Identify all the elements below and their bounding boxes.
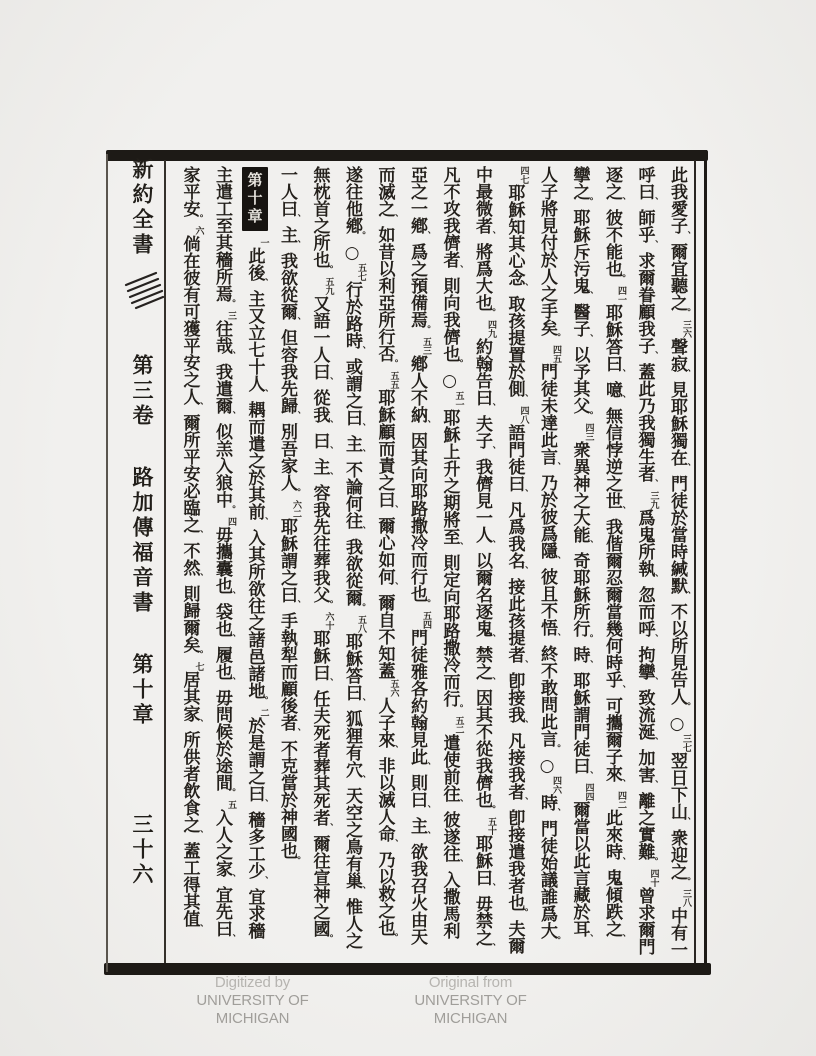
punctuation-mark: 、 bbox=[648, 737, 657, 746]
text-column: 人子將見付於人之手矣。四五門徒未達此言、乃於彼爲隱、彼且不悟、終不敢問此言。○四… bbox=[531, 166, 564, 961]
text-column: 而滅之、如昔以利亞所行否。五五耶穌顧而責之曰、爾心如何、爾自不知蓋五六人子來、非… bbox=[368, 166, 401, 961]
page-frame-top-border bbox=[106, 150, 708, 161]
verse-number: 三七 bbox=[681, 734, 691, 752]
punctuation-mark: 。 bbox=[420, 599, 429, 608]
verse-number: 五七 bbox=[356, 263, 366, 281]
punctuation-mark: 、 bbox=[225, 677, 234, 686]
punctuation-mark: 。 bbox=[583, 634, 592, 643]
punctuation-mark: 。 bbox=[258, 696, 267, 705]
verse-number: 三八 bbox=[681, 889, 691, 907]
punctuation-mark: 、 bbox=[615, 934, 624, 943]
punctuation-mark: 、 bbox=[648, 479, 657, 488]
verse-number: 四 bbox=[226, 517, 236, 526]
punctuation-mark: 、 bbox=[323, 420, 332, 429]
punctuation-mark: 、 bbox=[518, 566, 527, 575]
verse-number: 四二 bbox=[616, 791, 626, 809]
punctuation-mark: 、 bbox=[615, 369, 624, 378]
punctuation-mark: 、 bbox=[290, 214, 299, 223]
text-column: 中最微者、將爲大也。四九約翰告曰、夫子、我儕見一人、以爾名逐鬼、禁之、因其不從我… bbox=[466, 166, 499, 961]
punctuation-mark: 。 bbox=[388, 933, 397, 942]
verse-number: 一 bbox=[259, 238, 269, 247]
punctuation-mark: 。 bbox=[193, 214, 202, 223]
punctuation-mark: 。 bbox=[453, 704, 462, 713]
punctuation-mark: 、 bbox=[453, 265, 462, 274]
page-frame-left-border bbox=[106, 154, 108, 972]
punctuation-mark: 、 bbox=[193, 573, 202, 582]
punctuation-mark: 。 bbox=[225, 505, 234, 514]
punctuation-mark: 。 bbox=[680, 877, 689, 886]
verse-number: 六 bbox=[194, 226, 204, 235]
punctuation-mark: 、 bbox=[420, 831, 429, 840]
punctuation-mark: 、 bbox=[615, 395, 624, 404]
page-frame-right-inner-border bbox=[694, 160, 696, 963]
punctuation-mark: 、 bbox=[648, 634, 657, 643]
verse-number: 五一 bbox=[454, 391, 464, 409]
punctuation-mark: 。 bbox=[518, 908, 527, 917]
punctuation-mark: 。 bbox=[290, 488, 299, 497]
punctuation-mark: 、 bbox=[355, 698, 364, 707]
punctuation-mark: 。 bbox=[680, 702, 689, 711]
punctuation-mark: 、 bbox=[550, 556, 559, 565]
punctuation-mark: 、 bbox=[648, 677, 657, 686]
original-from-stamp: Original from UNIVERSITY OF MICHIGAN bbox=[388, 974, 553, 1028]
punctuation-mark: 、 bbox=[680, 369, 689, 378]
verse-number: 五三 bbox=[421, 337, 431, 355]
punctuation-mark: 。 bbox=[420, 325, 429, 334]
punctuation-mark: 、 bbox=[290, 317, 299, 326]
page-frame-right-outer-border bbox=[704, 150, 707, 975]
verse-number: 三九 bbox=[649, 491, 659, 509]
gospel-title: 路加傳福音書 bbox=[124, 466, 160, 616]
punctuation-mark: 、 bbox=[453, 859, 462, 868]
punctuation-mark: 、 bbox=[485, 231, 494, 240]
punctuation-mark: 、 bbox=[355, 346, 364, 355]
punctuation-mark: 、 bbox=[193, 924, 202, 933]
punctuation-mark: 、 bbox=[225, 351, 234, 360]
verse-number: 六二 bbox=[291, 500, 301, 518]
punctuation-mark: 、 bbox=[680, 463, 689, 472]
punctuation-mark: 。 bbox=[193, 650, 202, 659]
volume-label: 第三卷 bbox=[124, 354, 160, 429]
verse-number: 五九 bbox=[324, 277, 334, 295]
punctuation-mark: 、 bbox=[518, 720, 527, 729]
verse-number: 五四 bbox=[421, 611, 431, 629]
verse-number: 三 bbox=[226, 311, 236, 320]
scripture-columns: 此我愛子、爾宜聽之。三六聲寂、見耶穌獨在、門徒於當時緘默、不以所見告人。○三七翌… bbox=[173, 166, 693, 961]
punctuation-mark: 、 bbox=[355, 886, 364, 895]
punctuation-mark: 、 bbox=[258, 799, 267, 808]
punctuation-mark: 、 bbox=[193, 830, 202, 839]
scanned-book-page: 新約全書 第三卷 路加傳福音書 第十章 三十六 此我愛子、爾宜聽之。三六聲寂、見… bbox=[0, 0, 816, 1056]
chapter-label: 第十章 bbox=[124, 653, 160, 728]
digitized-by-label: Digitized by bbox=[170, 974, 335, 992]
punctuation-mark: 、 bbox=[583, 771, 592, 780]
verse-number: 二 bbox=[259, 708, 269, 717]
text-column: 四七耶穌知其心念、取孩提置於側、四八語門徒曰、凡爲我名、接此孩提者、卽接我、凡接… bbox=[498, 166, 531, 961]
verse-number: 四七 bbox=[519, 166, 529, 184]
verse-number: 四八 bbox=[519, 406, 529, 424]
verse-number: 五二 bbox=[454, 716, 464, 734]
verse-number: 五六 bbox=[389, 679, 399, 697]
text-column: 無枕首之所也。五九又語一人曰、從我、曰、主、容我先往葬我父。六十耶穌曰、任夫死者… bbox=[303, 166, 336, 961]
punctuation-mark: 、 bbox=[550, 633, 559, 642]
punctuation-mark: 。 bbox=[225, 299, 234, 308]
punctuation-mark: 、 bbox=[193, 530, 202, 539]
punctuation-mark: 、 bbox=[550, 462, 559, 471]
punctuation-mark: 。 bbox=[583, 197, 592, 206]
page-number: 三十六 bbox=[124, 813, 160, 888]
punctuation-mark: 。 bbox=[680, 308, 689, 317]
punctuation-mark: 、 bbox=[258, 389, 267, 398]
punctuation-mark: 、 bbox=[323, 678, 332, 687]
punctuation-mark: 、 bbox=[355, 775, 364, 784]
punctuation-mark: 、 bbox=[518, 489, 527, 498]
punctuation-mark: 、 bbox=[290, 728, 299, 737]
verse-number: 四三 bbox=[584, 423, 594, 441]
punctuation-mark: 。 bbox=[355, 231, 364, 240]
punctuation-mark: 、 bbox=[355, 526, 364, 535]
punctuation-mark: 、 bbox=[648, 351, 657, 360]
punctuation-mark: 、 bbox=[290, 600, 299, 609]
text-column: 凡不攻我儕者、則向我儕也。○五一耶穌上升之期將至、則定向耶路撒冷而行。五二遣使前… bbox=[433, 166, 466, 961]
punctuation-mark: 、 bbox=[290, 240, 299, 249]
digitized-by-stamp: Digitized by UNIVERSITY OF MICHIGAN bbox=[170, 974, 335, 1028]
punctuation-mark: 、 bbox=[485, 540, 494, 549]
punctuation-mark: 、 bbox=[615, 197, 624, 206]
punctuation-mark: 、 bbox=[583, 334, 592, 343]
margin-column-divider bbox=[164, 160, 166, 963]
punctuation-mark: 、 bbox=[615, 506, 624, 515]
punctuation-mark: 、 bbox=[420, 805, 429, 814]
punctuation-mark: 、 bbox=[648, 240, 657, 249]
punctuation-mark: 、 bbox=[225, 411, 234, 420]
text-column: 遂往他鄕。○五七行於路時、或謂之曰、主、不論何往、我欲從爾。五八耶穌答曰、狐狸有… bbox=[336, 166, 369, 961]
punctuation-mark: 、 bbox=[485, 634, 494, 643]
punctuation-mark: 、 bbox=[583, 291, 592, 300]
punctuation-mark: 、 bbox=[193, 719, 202, 728]
punctuation-mark: 、 bbox=[615, 857, 624, 866]
punctuation-mark: 、 bbox=[518, 394, 527, 403]
punctuation-mark: 、 bbox=[583, 540, 592, 549]
punctuation-mark: 、 bbox=[388, 582, 397, 591]
punctuation-mark: 。 bbox=[323, 265, 332, 274]
punctuation-mark: 、 bbox=[355, 449, 364, 458]
text-column: 家平安。六倘在彼有可獲平安之人、爾所平安必臨之、不然、則歸爾矣。七居其家、所供者… bbox=[173, 166, 206, 961]
punctuation-mark: 。 bbox=[550, 936, 559, 945]
punctuation-mark: 、 bbox=[485, 403, 494, 412]
punctuation-mark: 、 bbox=[518, 660, 527, 669]
punctuation-mark: 、 bbox=[485, 677, 494, 686]
text-column: 第十章一此後、主又立七十人、耦而遣之於其前、入其所欲往之諸邑諸地。二於是謂之曰、… bbox=[238, 166, 271, 961]
verse-number: 七 bbox=[194, 662, 204, 671]
punctuation-mark: 、 bbox=[518, 283, 527, 292]
punctuation-mark: 、 bbox=[648, 780, 657, 789]
punctuation-mark: 。 bbox=[355, 603, 364, 612]
punctuation-mark: 、 bbox=[388, 839, 397, 848]
punctuation-mark: 、 bbox=[615, 685, 624, 694]
punctuation-mark: 、 bbox=[323, 377, 332, 386]
digitized-by-org: UNIVERSITY OF MICHIGAN bbox=[170, 992, 335, 1028]
punctuation-mark: 、 bbox=[258, 876, 267, 885]
punctuation-mark: 、 bbox=[420, 420, 429, 429]
text-column: 攣之。耶穌斥污鬼、醫子、以予其父。四三衆異神之大能、奇耶穌所行。時、耶穌謂門徒曰… bbox=[563, 166, 596, 961]
punctuation-mark: 。 bbox=[485, 805, 494, 814]
punctuation-mark: 、 bbox=[323, 823, 332, 832]
punctuation-mark: 、 bbox=[485, 446, 494, 455]
punctuation-mark: 。 bbox=[388, 359, 397, 368]
punctuation-mark: 、 bbox=[518, 797, 527, 806]
punctuation-mark: 。 bbox=[225, 788, 234, 797]
punctuation-mark: 、 bbox=[225, 591, 234, 600]
punctuation-mark: 、 bbox=[193, 402, 202, 411]
punctuation-mark: 、 bbox=[583, 660, 592, 669]
punctuation-mark: 、 bbox=[648, 197, 657, 206]
punctuation-mark: 、 bbox=[225, 874, 234, 883]
text-column: 呼曰、師乎、求爾眷顧我子、蓋此乃我獨生者、三九爲鬼所執、忽而呼、拘攣、致流涎、加… bbox=[628, 166, 661, 961]
verse-number: 四九 bbox=[486, 320, 496, 338]
verse-number: 四一 bbox=[616, 286, 626, 304]
punctuation-mark: 、 bbox=[225, 934, 234, 943]
punctuation-mark: 、 bbox=[323, 472, 332, 481]
punctuation-mark: 。 bbox=[453, 359, 462, 368]
text-column: 此我愛子、爾宜聽之。三六聲寂、見耶穌獨在、門徒於當時緘默、不以所見告人。○三七翌… bbox=[661, 166, 694, 961]
text-column: 一人曰、主、我欲從爾、但容我先歸、別吾家人。六二耶穌謂之曰、手執犁而顧後者、不克… bbox=[271, 166, 304, 961]
original-from-label: Original from bbox=[388, 974, 553, 992]
punctuation-mark: 。 bbox=[583, 411, 592, 420]
punctuation-mark: 。 bbox=[550, 744, 559, 753]
punctuation-mark: 、 bbox=[680, 817, 689, 826]
punctuation-mark: 、 bbox=[323, 446, 332, 455]
verse-number: 四十 bbox=[649, 869, 659, 887]
text-column: 亞之一鄕、爲之預備焉。五三鄕人不納、因其向耶路撒冷而行也。五四門徒雅各約翰見此、… bbox=[401, 166, 434, 961]
verse-number: 五十 bbox=[486, 817, 496, 835]
verse-number: 五八 bbox=[356, 615, 366, 633]
punctuation-mark: 、 bbox=[420, 231, 429, 240]
punctuation-mark: 。 bbox=[615, 274, 624, 283]
punctuation-mark: 。 bbox=[323, 600, 332, 609]
punctuation-mark: 、 bbox=[258, 517, 267, 526]
verse-number: 五 bbox=[226, 800, 236, 809]
punctuation-mark: 、 bbox=[485, 883, 494, 892]
verse-number: 六十 bbox=[324, 612, 334, 630]
text-column: 主遣工至其穡所焉。三往哉、我遣爾、似羔入狼中。四毋攜囊也、袋也、履也、毋問候於途… bbox=[206, 166, 239, 961]
punctuation-mark: 。 bbox=[323, 934, 332, 943]
verse-number: 四六 bbox=[551, 776, 561, 794]
section-flourish-icon bbox=[120, 270, 164, 312]
verse-number: 四四 bbox=[584, 783, 594, 801]
punctuation-mark: 、 bbox=[388, 745, 397, 754]
punctuation-mark: 。 bbox=[648, 857, 657, 866]
punctuation-mark: 。 bbox=[290, 856, 299, 865]
punctuation-mark: 、 bbox=[550, 808, 559, 817]
punctuation-mark: 、 bbox=[388, 214, 397, 223]
punctuation-mark: 、 bbox=[290, 411, 299, 420]
original-from-org: UNIVERSITY OF MICHIGAN bbox=[388, 992, 553, 1028]
verse-number: 五五 bbox=[389, 371, 399, 389]
punctuation-mark: 、 bbox=[388, 505, 397, 514]
punctuation-mark: 、 bbox=[680, 591, 689, 600]
punctuation-mark: 、 bbox=[420, 762, 429, 771]
punctuation-mark: 。 bbox=[550, 333, 559, 342]
book-title: 新約全書 bbox=[124, 158, 160, 258]
punctuation-mark: 、 bbox=[648, 574, 657, 583]
punctuation-mark: 、 bbox=[453, 799, 462, 808]
punctuation-mark: 、 bbox=[225, 634, 234, 643]
punctuation-mark: 。 bbox=[485, 308, 494, 317]
punctuation-mark: 、 bbox=[355, 423, 364, 432]
punctuation-mark: 、 bbox=[453, 542, 462, 551]
punctuation-mark: 、 bbox=[583, 934, 592, 943]
punctuation-mark: 、 bbox=[258, 278, 267, 287]
verse-number: 四五 bbox=[551, 345, 561, 363]
punctuation-mark: 、 bbox=[485, 943, 494, 952]
verse-number: 三六 bbox=[681, 320, 691, 338]
text-column: 逐之、彼不能也。四一耶穌答曰、噫、無信悖逆之世、我偕爾忍爾當幾何時乎、可攜爾子來… bbox=[596, 166, 629, 961]
punctuation-mark: 、 bbox=[680, 231, 689, 240]
chapter-heading-box: 第十章 bbox=[242, 167, 268, 231]
punctuation-mark: 、 bbox=[615, 779, 624, 788]
